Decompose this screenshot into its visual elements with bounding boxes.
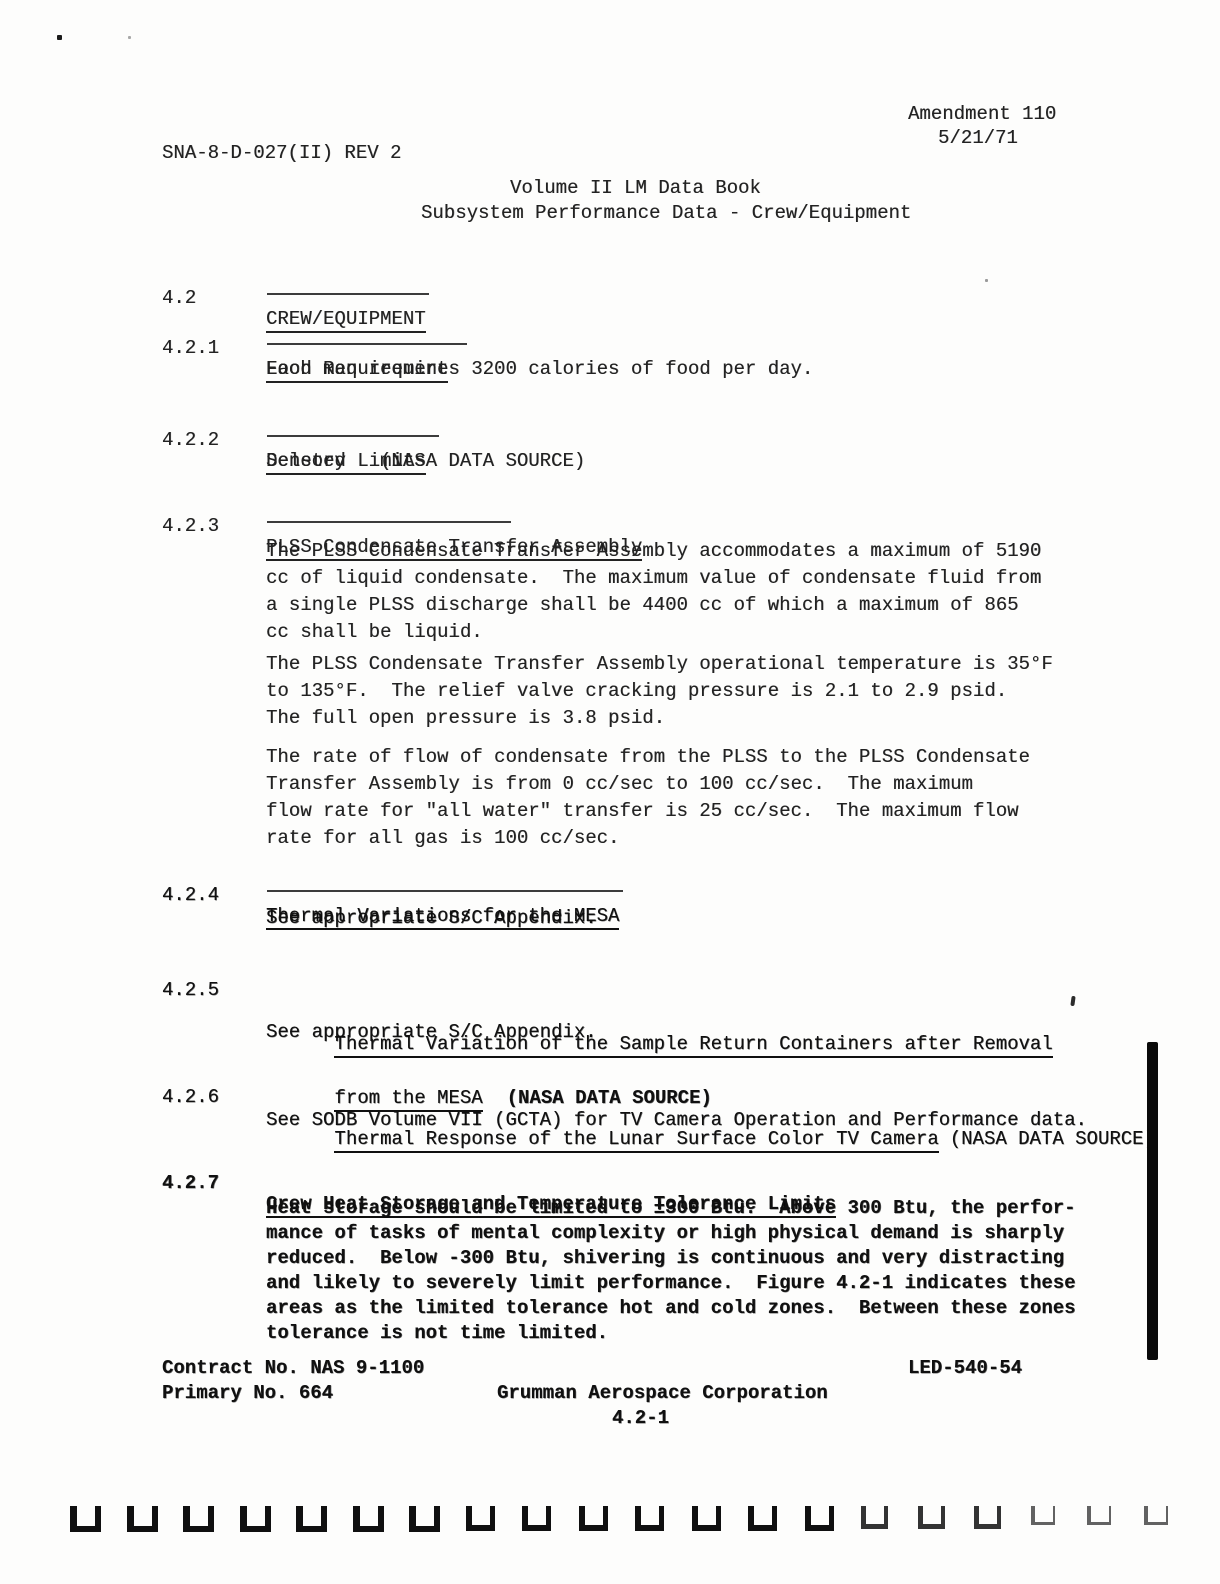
section-number: 4.2.1 [162, 338, 219, 359]
document-code: LED-540-54 [908, 1358, 1022, 1379]
section-4-2-1-body: Each man requires 3200 calories of food … [266, 359, 813, 380]
underline-artifact [267, 293, 429, 295]
amendment-number: Amendment 110 [908, 104, 1056, 125]
binding-mark [183, 1506, 214, 1532]
binding-mark [240, 1506, 271, 1532]
change-bar [1147, 1042, 1158, 1360]
binding-mark [296, 1506, 327, 1532]
company-name: Grumman Aerospace Corporation [497, 1383, 828, 1404]
section-4-2-3-paragraph-3: The rate of flow of condensate from the … [266, 744, 1030, 852]
binding-mark [466, 1506, 495, 1531]
binding-mark [692, 1506, 721, 1531]
binding-mark [861, 1506, 888, 1529]
binding-marks-row [70, 1506, 1210, 1530]
ink-speck [128, 36, 131, 39]
ink-speck [57, 35, 62, 40]
contract-number: Contract No. NAS 9-1100 [162, 1358, 424, 1379]
binding-mark [748, 1506, 777, 1531]
section-4-2-3-paragraph-1: The PLSS Condensate Transfer Assembly ac… [266, 538, 1041, 646]
binding-mark [974, 1506, 1001, 1529]
section-number: 4.2.5 [162, 977, 219, 1004]
binding-mark [409, 1506, 440, 1532]
section-number: 4.2 [162, 288, 196, 309]
document-subtitle: Subsystem Performance Data - Crew/Equipm… [421, 203, 911, 224]
binding-mark [1144, 1506, 1168, 1525]
section-4-2-4-body: See appropriate S/C Appendix. [266, 908, 597, 929]
section-number: 4.2.4 [162, 885, 219, 906]
section-4-2-4: 4.2.4 Thermal Variations for the MESA [0, 864, 1220, 948]
binding-mark [579, 1506, 608, 1531]
section-number: 4.2.2 [162, 430, 219, 451]
primary-number: Primary No. 664 [162, 1383, 333, 1404]
section-4-2-5-body: See appropriate S/C Appendix. [266, 1022, 597, 1043]
document-page: Amendment 110 5/21/71 SNA-8-D-027(II) RE… [0, 0, 1220, 1584]
binding-mark [1087, 1506, 1111, 1525]
section-4-2-3-paragraph-2: The PLSS Condensate Transfer Assembly op… [266, 651, 1053, 732]
section-number: 4.2.7 [162, 1173, 219, 1194]
section-4-2-5: 4.2.5 Thermal Variation of the Sample Re… [0, 950, 1220, 1058]
binding-mark [918, 1506, 945, 1529]
document-id: SNA-8-D-027(II) REV 2 [162, 143, 401, 164]
underline-artifact [267, 343, 467, 345]
section-4-2-6-body: See SODB Volume VII (GCTA) for TV Camera… [266, 1110, 1087, 1131]
ink-speck [985, 279, 988, 282]
section-heading: Thermal Response of the Lunar Surface Co… [334, 1128, 938, 1153]
underline-artifact [267, 521, 511, 523]
section-4-2-7-body: Heat storage should be limited to ±300 B… [266, 1196, 1076, 1346]
document-title: Volume II LM Data Book [510, 178, 761, 199]
underline-artifact [267, 435, 439, 437]
page-number: 4.2-1 [612, 1408, 669, 1429]
section-4-2-2: 4.2.2 Sensory Limits [0, 409, 1220, 493]
section-4-2-2-body: Deleted (NASA DATA SOURCE) [266, 451, 585, 472]
underline-artifact [267, 890, 623, 892]
section-4-2-6: 4.2.6 Thermal Response of the Lunar Surf… [0, 1066, 1220, 1150]
binding-mark [522, 1506, 551, 1531]
section-number: 4.2.3 [162, 516, 219, 537]
amendment-date: 5/21/71 [938, 128, 1018, 149]
binding-mark [1031, 1506, 1055, 1525]
nasa-data-source-tag: (NASA DATA SOURCE) [950, 1128, 1155, 1150]
binding-mark [70, 1506, 101, 1532]
binding-mark [127, 1506, 158, 1532]
binding-mark [805, 1506, 834, 1531]
binding-mark [353, 1506, 384, 1532]
section-number: 4.2.6 [162, 1087, 219, 1108]
binding-mark [635, 1506, 664, 1531]
